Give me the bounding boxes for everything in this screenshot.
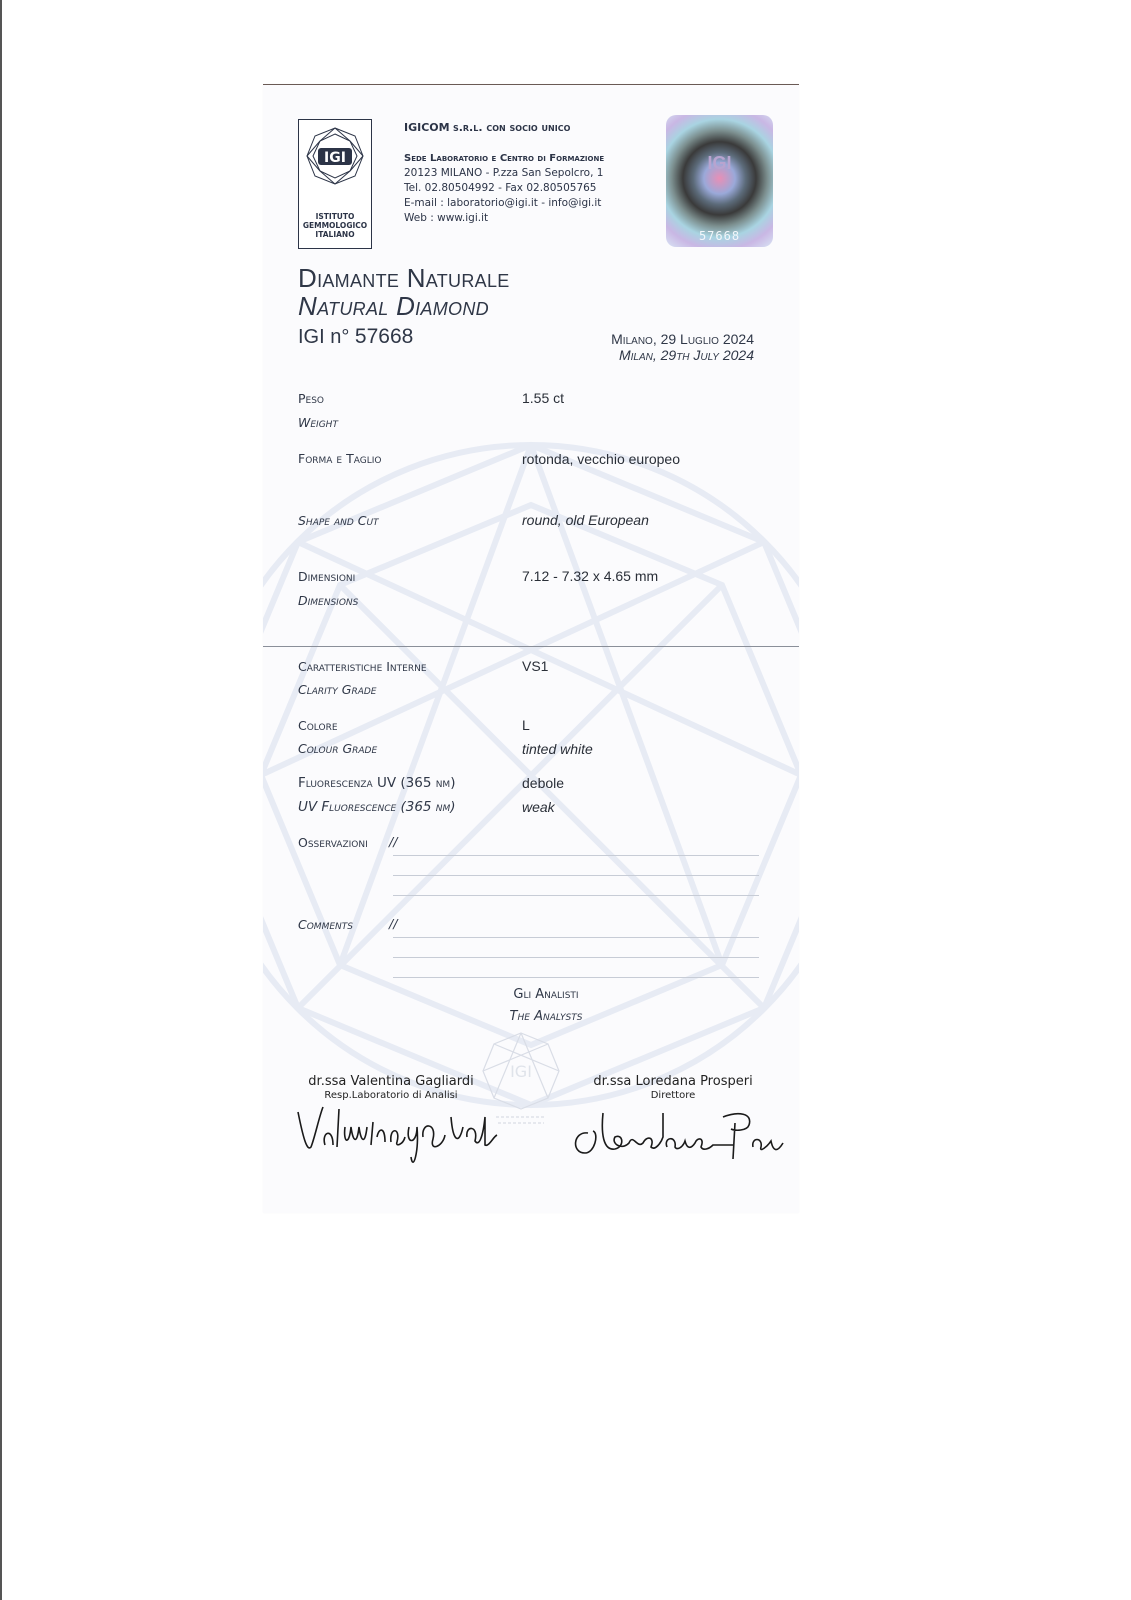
colour-label-it: Colore [298, 718, 338, 733]
shape-value-en: round, old European [522, 512, 649, 528]
clarity-label-it: Caratteristiche Interne [298, 659, 427, 674]
address-heading: Sede Laboratorio e Centro di Formazione [404, 151, 604, 166]
comments-line [393, 977, 759, 978]
number-prefix: IGI n° [298, 326, 349, 348]
shape-value-it: rotonda, vecchio europeo [522, 451, 680, 467]
phone-line: Tel. 02.80504992 - Fax 02.80505765 [404, 181, 604, 196]
analysts-heading-en: The Analysts [263, 1009, 799, 1024]
observations-line [393, 895, 759, 896]
comments-label: Comments [298, 917, 353, 932]
dimensions-value: 7.12 - 7.32 x 4.65 mm [522, 568, 658, 584]
logo-text: ISTITUTO GEMMOLOGICO ITALIANO [299, 212, 371, 239]
analyst-right-role: Direttore [578, 1090, 768, 1101]
hologram-mark: IGI [666, 153, 773, 174]
company-suffix: s.r.l. con socio unico [453, 121, 570, 134]
colour-value: L [522, 717, 530, 733]
shape-label-it: Forma e Taglio [298, 451, 381, 466]
signature-left-icon [293, 1097, 513, 1187]
colour-label-en: Colour Grade [298, 741, 377, 756]
web-line: Web : www.igi.it [404, 211, 604, 226]
igi-logo: IGI ISTITUTO GEMMOLOGICO ITALIANO [298, 119, 372, 249]
company-name: IGICOM s.r.l. con socio unico [404, 121, 570, 134]
analyst-right-name: dr.ssa Loredana Prosperi [578, 1074, 768, 1089]
observations-line [393, 855, 759, 856]
logo-line: ITALIANO [299, 230, 371, 239]
igi-diamond-logo-icon: IGI [303, 124, 367, 210]
fluorescence-value-it: debole [522, 775, 564, 791]
logo-line: GEMMOLOGICO [299, 221, 371, 230]
logo-line: ISTITUTO [299, 212, 371, 221]
dimensions-label-it: Dimensioni [298, 569, 355, 584]
observations-value: // [389, 834, 397, 849]
comments-line [393, 957, 759, 958]
title-italian: Diamante Naturale [298, 263, 510, 294]
comments-value: // [389, 916, 397, 931]
hologram-sticker: IGI 57668 [666, 115, 773, 247]
section-divider [263, 646, 799, 647]
weight-label-it: Peso [298, 391, 324, 406]
title-english: Natural Diamond [298, 291, 489, 322]
comments-line [393, 937, 759, 938]
signature-right-icon [563, 1103, 793, 1173]
certificate-number: IGI n° 57668 [298, 325, 413, 349]
clarity-value: VS1 [522, 658, 548, 674]
date-italian: Milano, 29 Luglio 2024 [611, 331, 754, 347]
email-line: E-mail : laboratorio@igi.it - info@igi.i… [404, 196, 604, 211]
certificate: IGI ISTITUTO GEMMOLOGICO ITALIANO IGICOM… [263, 84, 799, 1213]
analysts-heading-it: Gli Analisti [263, 987, 799, 1002]
number-value: 57668 [355, 325, 413, 348]
date-english: Milan, 29th July 2024 [619, 347, 754, 363]
dimensions-label-en: Dimensions [298, 593, 358, 608]
fluorescence-label-en: UV Fluorescence (365 nm) [298, 799, 456, 815]
clarity-label-en: Clarity Grade [298, 682, 377, 697]
observations-line [393, 875, 759, 876]
observations-label: Osservazioni [298, 835, 368, 850]
hologram-number: 57668 [666, 229, 773, 243]
fluorescence-label-it: Fluorescenza UV (365 nm) [298, 775, 455, 791]
analyst-left-name: dr.ssa Valentina Gagliardi [301, 1074, 481, 1089]
address-block: Sede Laboratorio e Centro di Formazione … [404, 151, 604, 226]
svg-text:IGI: IGI [324, 150, 346, 166]
weight-value: 1.55 ct [522, 390, 564, 406]
colour-value-en: tinted white [522, 741, 593, 757]
scan-edge [0, 0, 2, 1600]
svg-text:IGI: IGI [510, 1062, 532, 1081]
company: IGICOM [404, 121, 450, 134]
address-line: 20123 MILANO - P.zza San Sepolcro, 1 [404, 166, 604, 181]
fluorescence-value-en: weak [522, 799, 555, 815]
weight-label-en: Weight [298, 415, 338, 430]
shape-label-en: Shape and Cut [298, 513, 379, 528]
